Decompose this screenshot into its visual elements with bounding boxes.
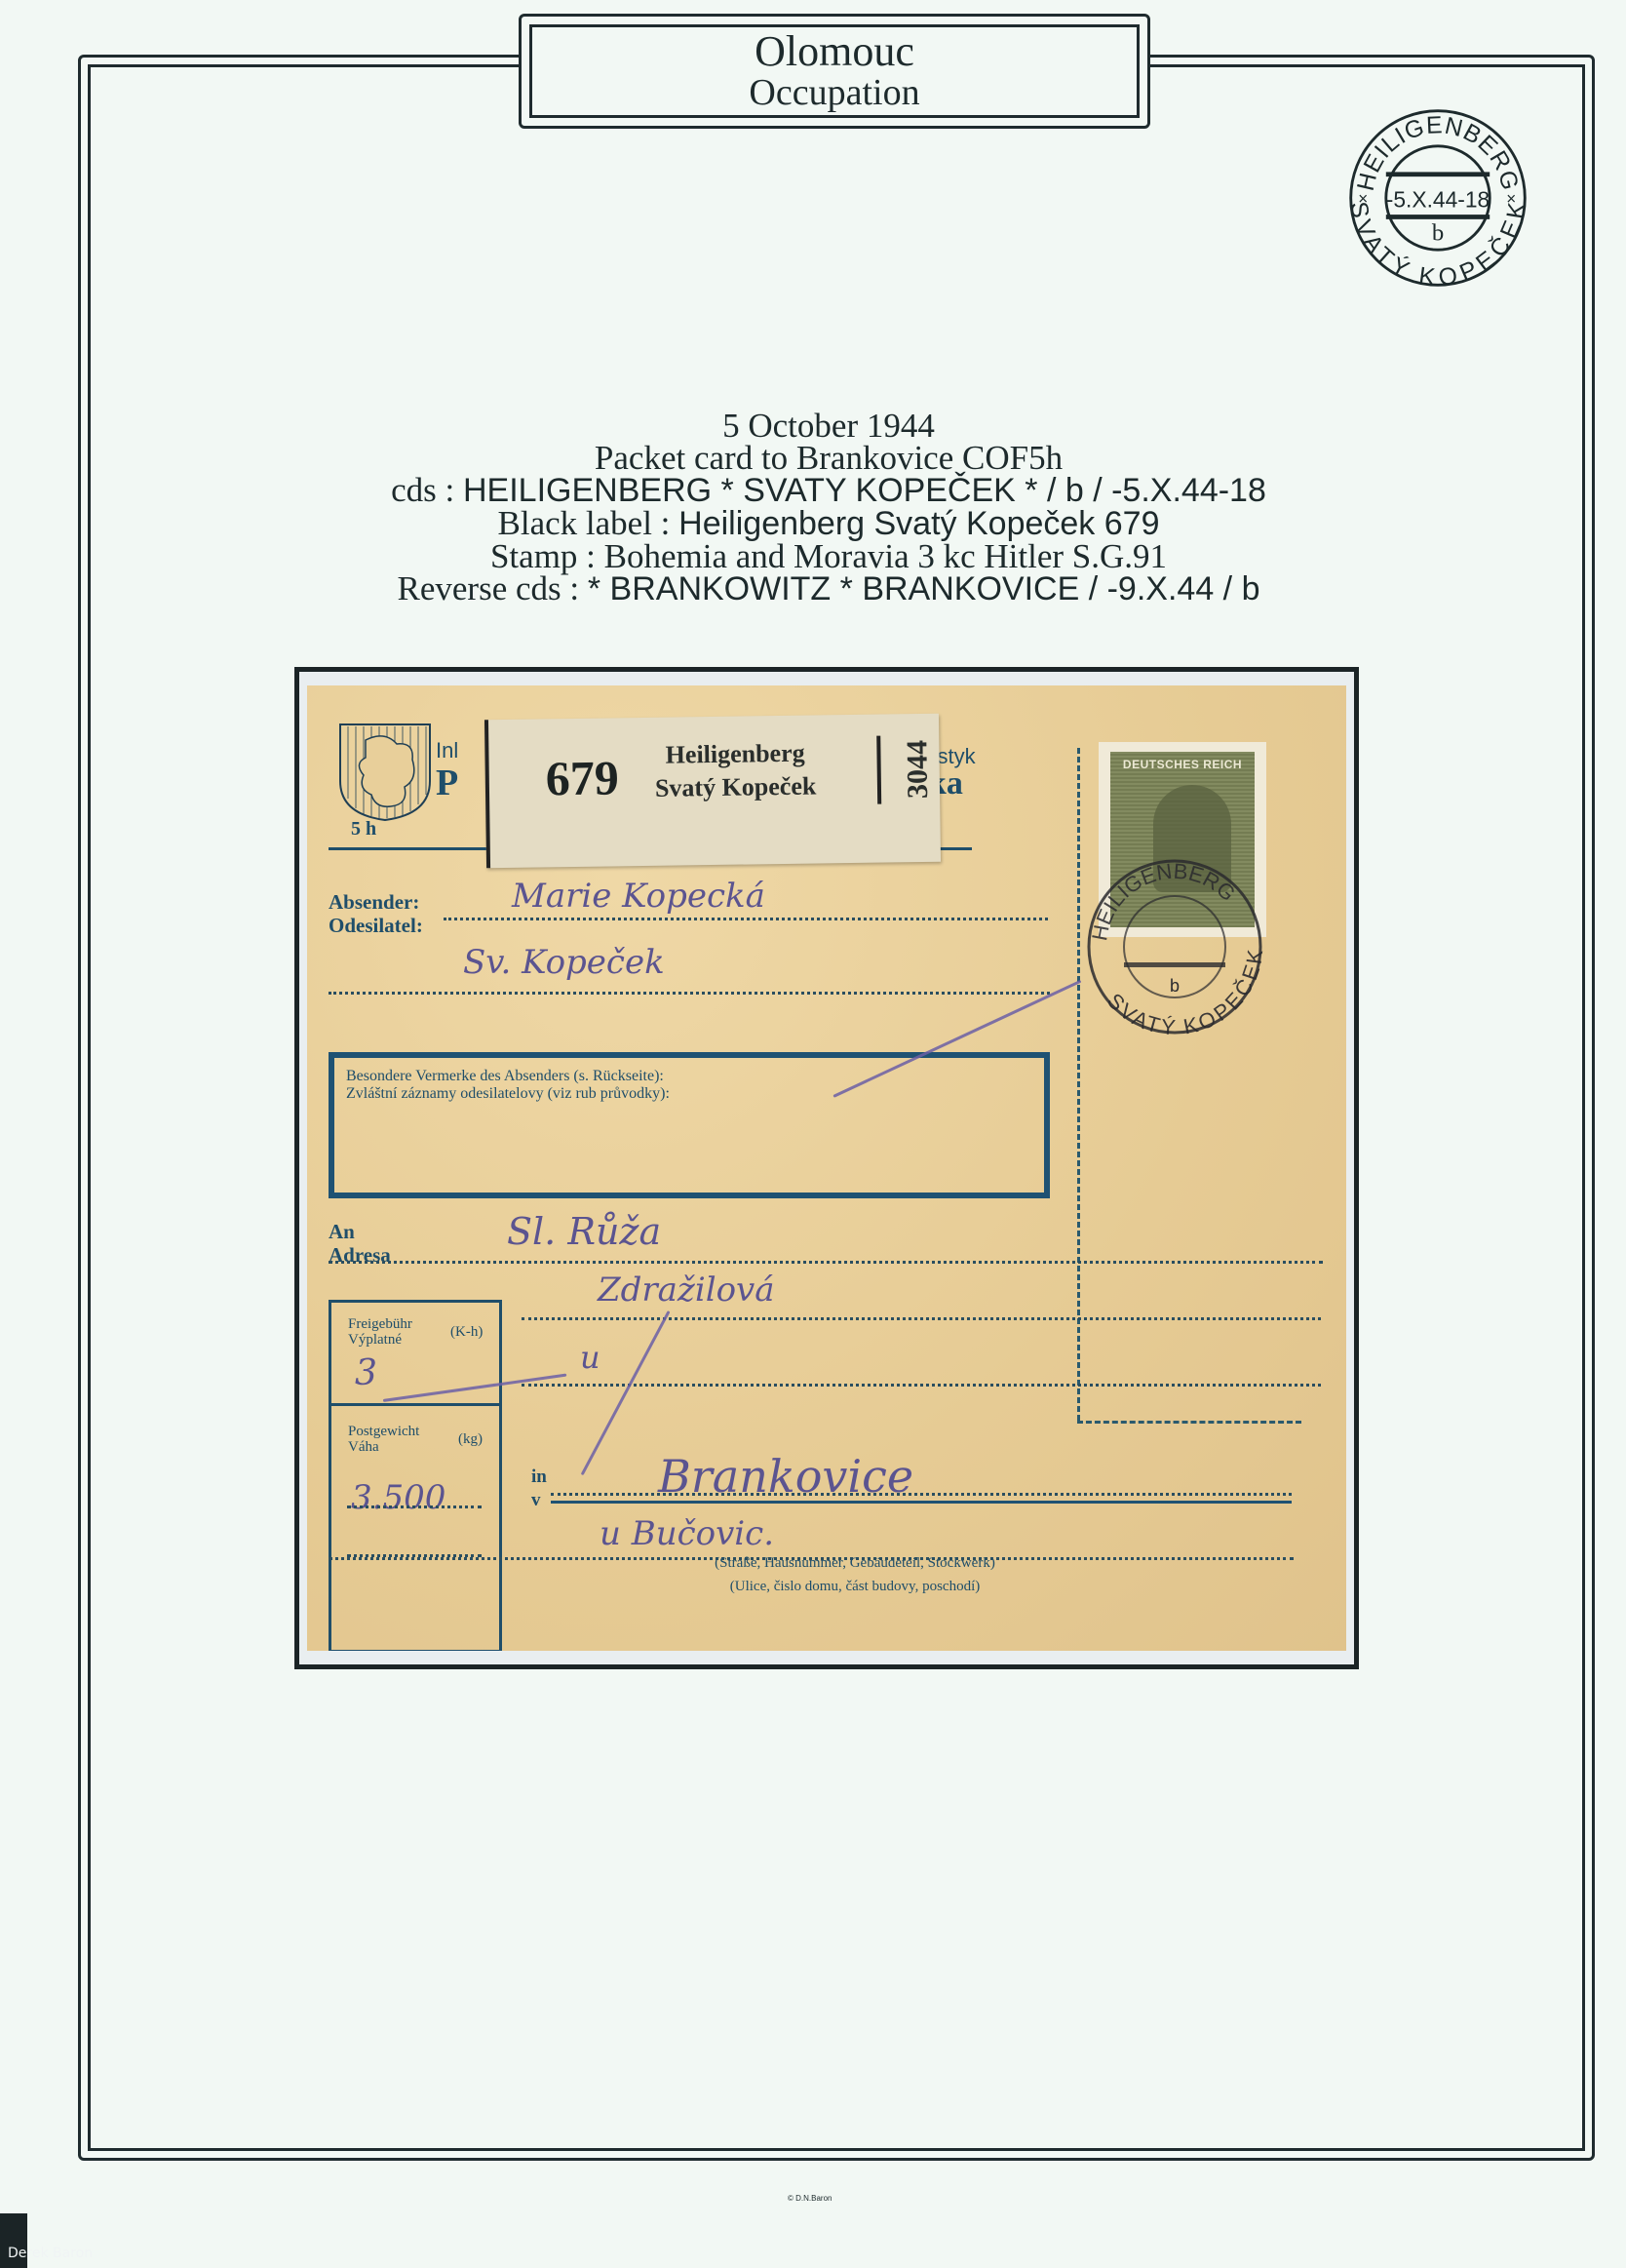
address-line-2: Zdražilová [598, 1271, 775, 1310]
street-note: (Straße, Hausnummer, Gebäudeteil, Stockw… [660, 1551, 1050, 1598]
sender-line-2 [329, 992, 1050, 995]
page-subtitle: Occupation [749, 73, 919, 112]
caption-date: 5 October 1944 [195, 410, 1462, 442]
sender-name: Marie Kopecká [512, 877, 765, 916]
copyright: © D.N.Baron [788, 2194, 832, 2203]
label-place: Heiligenberg Svatý Kopeček [654, 737, 816, 805]
town-label: in v [531, 1466, 547, 1512]
svg-text:b: b [1170, 976, 1180, 996]
address-dotline-1 [329, 1261, 1323, 1264]
imprinted-value: 5 h [351, 818, 376, 841]
label-code: 3044 [901, 725, 935, 813]
weight-value: 3.500 [351, 1478, 445, 1517]
page-title: Olomouc [755, 30, 914, 73]
caption-description: Packet card to Brankovice COF5h [195, 442, 1462, 474]
caption-stamp: Stamp : Bohemia and Moravia 3 kc Hitler … [195, 540, 1462, 572]
header-fragment: Inl [436, 738, 458, 763]
header-fragment: P [436, 762, 458, 804]
address-line-3: u [580, 1339, 600, 1376]
sender-line-1 [444, 918, 1048, 920]
stamp-country: DEUTSCHES REICH [1110, 758, 1255, 771]
fee-value: 3 [355, 1353, 377, 1393]
address-label: An Adresa [329, 1220, 391, 1267]
svg-text:×: × [1506, 190, 1516, 209]
stamp-postmark-icon: HEILIGENBERG SVATÝ KOPEČEK b [1077, 849, 1272, 1044]
caption-block: 5 October 1944 Packet card to Brankovice… [195, 410, 1462, 606]
caption-reverse-cds: Reverse cds : * BRANKOWITZ * BRANKOVICE … [195, 572, 1462, 606]
notes-label: Besondere Vermerke des Absenders (s. Rüc… [346, 1068, 670, 1103]
sender-label: Absender: Odesilatel: [329, 890, 423, 937]
svg-text:HEILIGENBERG: HEILIGENBERG [1353, 112, 1524, 193]
pencil-stroke [581, 1310, 671, 1475]
label-number: 679 [545, 749, 619, 806]
svg-text:-5.X.44-18: -5.X.44-18 [1386, 187, 1490, 213]
address-dotline-2 [522, 1317, 1321, 1320]
title-box: Olomouc Occupation [519, 14, 1150, 129]
address-district: u Bučovic. [600, 1514, 774, 1553]
town-rule [551, 1501, 1292, 1504]
fee-weight-box: Freigebühr Výplatné (K-h) 3 Postgewicht … [329, 1300, 502, 1651]
card-mount: 5 h Inl P ní styk dka ls) 679 Heiligenbe… [294, 667, 1359, 1669]
label-divider [876, 736, 881, 804]
address-line-1: Sl. Růža [507, 1210, 661, 1253]
watermark: Derek Baron [8, 2246, 93, 2261]
caption-black-label: Black label : Heiligenberg Svatý Kopeček… [195, 507, 1462, 540]
fee-row: Freigebühr Výplatné (K-h) 3 [331, 1303, 499, 1406]
parcel-label: 679 Heiligenberg Svatý Kopeček 3044 [484, 714, 941, 868]
sender-notes-box: Besondere Vermerke des Absenders (s. Rüc… [329, 1052, 1050, 1198]
svg-text:×: × [1358, 190, 1368, 209]
svg-text:HEILIGENBERG: HEILIGENBERG [1077, 849, 1244, 949]
coat-of-arms-icon [336, 721, 434, 822]
address-dotline-3 [522, 1384, 1321, 1387]
caption-cds: cds : HEILIGENBERG * SVATY KOPEČEK * / b… [195, 474, 1462, 507]
postmark-illustration: HEILIGENBERG SVATÝ KOPEČEK -5.X.44-18 b … [1345, 105, 1530, 291]
sender-place: Sv. Kopeček [463, 943, 665, 982]
postmark-circle-icon: HEILIGENBERG SVATÝ KOPEČEK -5.X.44-18 b … [1345, 105, 1530, 291]
stamp-area-dashed-border [1077, 1421, 1301, 1424]
svg-text:b: b [1432, 220, 1444, 247]
packet-card: 5 h Inl P ní styk dka ls) 679 Heiligenbe… [307, 685, 1346, 1651]
weight-label: Postgewicht Váha [348, 1424, 419, 1455]
